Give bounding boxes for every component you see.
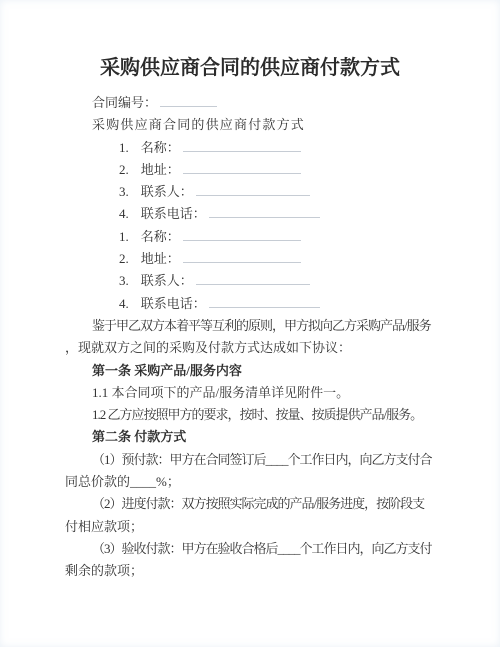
party1-contact-blank-field — [196, 182, 310, 196]
list-number: 2. — [92, 159, 129, 181]
party1-address-label: 地址： — [141, 162, 180, 177]
contract-document-page: 采购供应商合同的供应商付款方式 合同编号： 采购供应商合同的供应商付款方式 1.… — [0, 0, 500, 647]
party2-address-blank-field — [183, 249, 301, 263]
article2-clause3-line1: （3）验收付款：甲方在验收合格后____个工作日内，向乙方支付 — [65, 538, 435, 560]
article1-heading: 第一条 采购产品/服务内容 — [65, 360, 435, 382]
party1-address-line: 2.地址： — [65, 159, 435, 181]
party1-address-blank-field — [183, 160, 301, 174]
party2-address-label: 地址： — [141, 251, 180, 266]
list-number: 4. — [92, 203, 129, 225]
party1-phone-blank-field — [209, 204, 320, 218]
party2-phone-blank-field — [209, 294, 320, 308]
contract-number-label: 合同编号： — [92, 95, 157, 110]
party1-name-label: 名称： — [141, 140, 180, 155]
list-number: 2. — [92, 248, 129, 270]
party1-name-blank-field — [183, 138, 301, 152]
party2-name-blank-field — [183, 227, 301, 241]
party2-name-line: 1.名称： — [65, 226, 435, 248]
article2-clause2-line2: 付相应款项； — [65, 516, 435, 538]
party2-contact-line: 3.联系人： — [65, 270, 435, 292]
document-title: 采购供应商合同的供应商付款方式 — [0, 54, 500, 82]
list-number: 4. — [92, 293, 129, 315]
party1-name-line: 1.名称： — [65, 137, 435, 159]
contract-number-line: 合同编号： — [65, 92, 435, 114]
party1-phone-line: 4.联系电话： — [65, 203, 435, 225]
article1-clause-1-1: 1.1 本合同项下的产品/服务清单详见附件一。 — [65, 382, 435, 404]
preamble-line-1: 鉴于甲乙双方本着平等互利的原则，甲方拟向乙方采购产品/服务 — [65, 315, 435, 337]
list-number: 3. — [92, 270, 129, 292]
article2-heading: 第二条 付款方式 — [65, 426, 435, 448]
party2-name-label: 名称： — [141, 229, 180, 244]
list-number: 1. — [92, 137, 129, 159]
party2-address-line: 2.地址： — [65, 248, 435, 270]
document-subtitle: 采购供应商合同的供应商付款方式 — [65, 114, 435, 136]
article2-clause1-line2: 同总价款的____%； — [65, 471, 435, 493]
article1-clause-1-2: 1.2 乙方应按照甲方的要求，按时、按量、按质提供产品/服务。 — [65, 404, 435, 426]
article2-clause2-line1: （2）进度付款：双方按照实际完成的产品/服务进度，按阶段支 — [65, 493, 435, 515]
contract-number-blank-field — [160, 93, 217, 107]
article2-clause1-line1: （1）预付款：甲方在合同签订后____个工作日内，向乙方支付合 — [65, 449, 435, 471]
article2-clause3-line2: 剩余的款项； — [65, 560, 435, 582]
party2-phone-line: 4.联系电话： — [65, 293, 435, 315]
party2-phone-label: 联系电话： — [141, 296, 206, 311]
preamble-line-2: ，现就双方之间的采购及付款方式达成如下协议： — [65, 337, 435, 359]
party1-contact-line: 3.联系人： — [65, 181, 435, 203]
party1-phone-label: 联系电话： — [141, 206, 206, 221]
list-number: 1. — [92, 226, 129, 248]
party2-contact-label: 联系人： — [141, 273, 193, 288]
party1-contact-label: 联系人： — [141, 184, 193, 199]
party2-contact-blank-field — [196, 271, 310, 285]
document-body: 合同编号： 采购供应商合同的供应商付款方式 1.名称： 2.地址： 3.联系人：… — [0, 92, 500, 583]
list-number: 3. — [92, 181, 129, 203]
